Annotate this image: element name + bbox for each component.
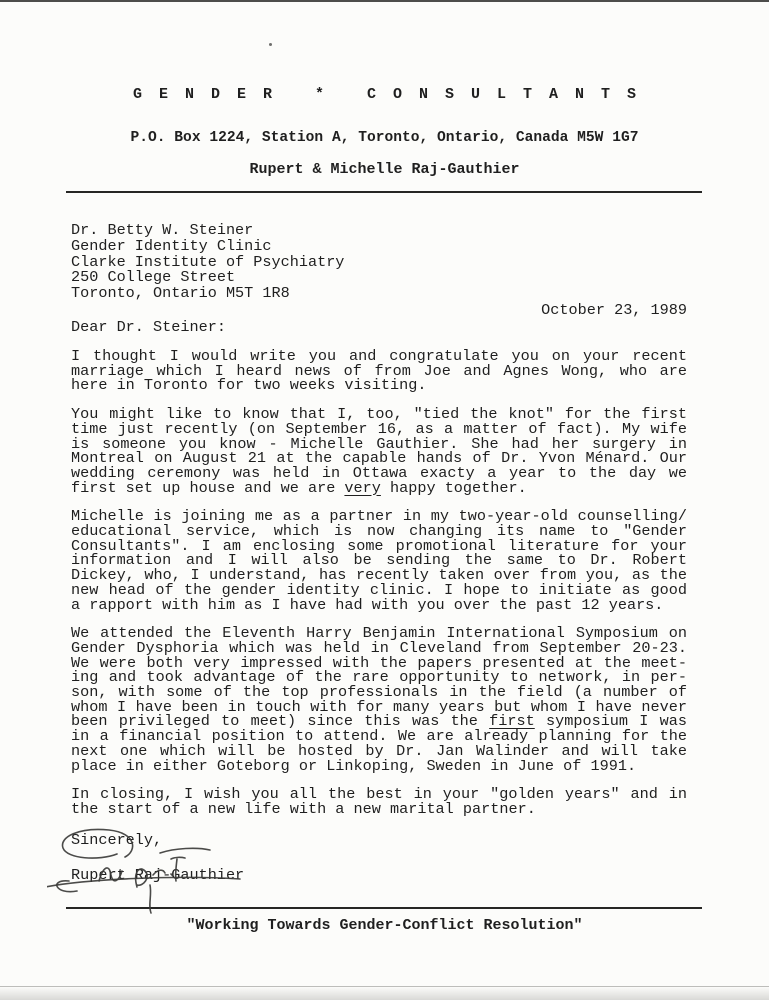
letter-footer: "Working Towards Gender-Conflict Resolut… — [0, 907, 769, 933]
paragraph: You might like to know that I, too, "tie… — [71, 407, 687, 495]
paragraph: In closing, I wish you all the best in y… — [71, 787, 687, 816]
recipient-address: Dr. Betty W. SteinerGender Identity Clin… — [71, 223, 687, 302]
proprietor-names: Rupert & Michelle Raj-Gauthier — [0, 162, 769, 177]
letterhead-divider — [66, 191, 702, 193]
paragraph-line: a rapport with him as I have had with yo… — [71, 598, 687, 613]
salutation: Dear Dr. Steiner: — [71, 320, 687, 335]
paragraph: Michelle is joining me as a partner in m… — [71, 509, 687, 612]
letter-date: October 23, 1989 — [71, 303, 687, 318]
company-name-text: GENDER * CONSULTANTS — [133, 88, 653, 102]
footer-divider — [66, 907, 702, 909]
closing-block: Sincerely, Rupert Raj-Gauthier — [71, 833, 687, 883]
letter-paragraphs: I thought I would write you and congratu… — [71, 349, 687, 817]
paragraph-line: first set up house and we are very happy… — [71, 481, 687, 496]
recipient-line: Toronto, Ontario M5T 1R8 — [71, 286, 687, 302]
signer-name: Rupert Raj-Gauthier — [71, 868, 687, 883]
paper-bottom-edge — [0, 986, 769, 1000]
signature-dash — [160, 848, 210, 853]
paragraph-line: the start of a new life with a new marit… — [71, 802, 687, 817]
paper-speck — [269, 43, 272, 46]
letter-page: GENDER * CONSULTANTS P.O. Box 1224, Stat… — [0, 0, 769, 1000]
company-address: P.O. Box 1224, Station A, Toronto, Ontar… — [0, 131, 769, 146]
paragraph: I thought I would write you and congratu… — [71, 349, 687, 393]
paragraph-line: here in Toronto for two weeks visiting. — [71, 378, 687, 393]
company-name: GENDER * CONSULTANTS — [0, 88, 769, 102]
paragraph-line: place in either Goteborg or Linkoping, S… — [71, 759, 687, 774]
letterhead: GENDER * CONSULTANTS P.O. Box 1224, Stat… — [0, 88, 769, 193]
paper-top-edge — [0, 0, 769, 2]
closing-salutation: Sincerely, — [71, 833, 687, 848]
underlined-text: very — [344, 479, 380, 497]
paragraph: We attended the Eleventh Harry Benjamin … — [71, 626, 687, 773]
footer-tagline: "Working Towards Gender-Conflict Resolut… — [0, 918, 769, 933]
letter-body: Dr. Betty W. SteinerGender Identity Clin… — [71, 223, 687, 883]
